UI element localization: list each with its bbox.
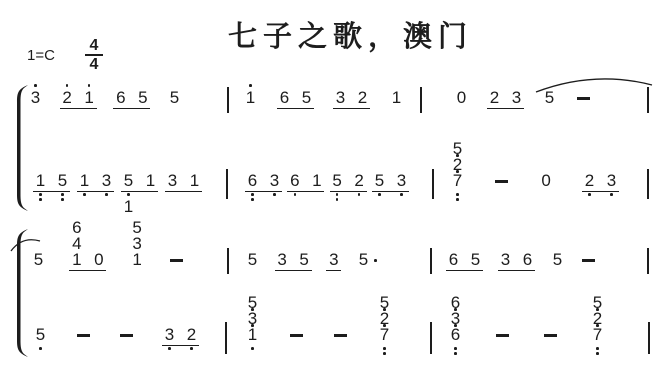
low-octave-dot	[251, 193, 254, 196]
note-digit: 5	[34, 252, 43, 268]
beam-underline	[326, 270, 341, 272]
dash	[577, 97, 590, 100]
note: 5	[35, 327, 46, 343]
note-digit: 1	[146, 173, 155, 189]
note: 5	[332, 173, 343, 189]
low-octave-dot	[596, 352, 599, 355]
note: 2	[354, 173, 365, 189]
low-octave-dot	[596, 324, 599, 327]
beam-underline	[33, 191, 70, 193]
note: 0	[541, 173, 552, 189]
note-digit: 0	[94, 252, 103, 268]
key-signature: 1=C	[27, 47, 55, 64]
page-title: 七子之歌，澳门	[228, 14, 473, 55]
measure: 151351131	[35, 173, 200, 189]
note-digit: 3	[512, 90, 521, 106]
chord-note: 4	[71, 236, 83, 252]
measure: 53535	[247, 252, 369, 268]
chord-note: 3	[247, 311, 259, 327]
chord: 164	[71, 252, 82, 268]
note-digit: 3	[277, 252, 286, 268]
chord-note: 1	[123, 199, 135, 215]
chord-note: 3	[131, 236, 143, 252]
note: 3	[101, 173, 112, 189]
dash	[496, 334, 509, 337]
low-octave-dot	[400, 193, 403, 196]
chord: 752	[592, 327, 603, 343]
high-octave-dot	[249, 84, 252, 87]
note-digit: 3	[397, 173, 406, 189]
note-digit: 5	[170, 90, 179, 106]
note: 6	[522, 252, 533, 268]
note-digit: 7	[453, 173, 462, 189]
note-digit: 6	[116, 90, 125, 106]
chord: 51	[123, 173, 134, 189]
note-digit: 7	[380, 327, 389, 343]
note: 6	[247, 173, 258, 189]
note: 5	[57, 173, 68, 189]
note-digit: 5	[545, 90, 554, 106]
note: 5	[299, 252, 310, 268]
note-group: 15	[35, 173, 68, 189]
barline	[420, 87, 422, 113]
beam-underline	[498, 270, 535, 272]
beam-underline	[113, 108, 150, 110]
dash	[495, 180, 508, 183]
beam-underline	[487, 108, 524, 110]
note: 3	[277, 252, 288, 268]
note-digit: 6	[280, 90, 289, 106]
note-digit: 1	[248, 327, 257, 343]
chord: 153	[247, 327, 258, 343]
note-digit: 6	[290, 173, 299, 189]
low-octave-dot	[105, 193, 108, 196]
note: 3	[30, 90, 41, 106]
note: 2	[357, 90, 368, 106]
note-digit: 5	[138, 90, 147, 106]
low-octave-dot	[454, 347, 457, 350]
low-octave-dot	[383, 324, 386, 327]
measure: 321655	[30, 90, 180, 106]
note: 1	[391, 90, 402, 106]
note-group: 36	[500, 252, 533, 268]
dash	[544, 334, 557, 337]
note-digit: 5	[332, 173, 341, 189]
barline	[430, 322, 432, 354]
note-digit: 3	[607, 173, 616, 189]
measure: 63615253	[247, 173, 407, 189]
low-octave-dot	[61, 193, 64, 196]
beam-underline	[277, 108, 314, 110]
barline	[647, 87, 649, 113]
note-digit: 3	[132, 236, 141, 252]
note-digit: 6	[451, 327, 460, 343]
low-octave-dot	[251, 347, 254, 350]
note-digit: 1	[124, 199, 133, 215]
low-octave-dot	[454, 352, 457, 355]
note: 1	[245, 90, 256, 106]
note-digit: 1	[312, 173, 321, 189]
low-octave-dot	[336, 198, 339, 201]
note-digit: 5	[553, 252, 562, 268]
note: 5	[137, 90, 148, 106]
time-signature-top: 4	[84, 38, 104, 53]
measure: 165321	[245, 90, 402, 106]
low-octave-dot	[588, 193, 591, 196]
note: 5	[169, 90, 180, 106]
note-group: 32	[335, 90, 368, 106]
note-digit: 2	[490, 90, 499, 106]
note-digit: 4	[72, 236, 81, 252]
note: 5	[470, 252, 481, 268]
beam-underline	[446, 270, 483, 272]
note-digit: 5	[375, 173, 384, 189]
note-group: 53	[374, 173, 407, 189]
note-digit: 5	[36, 327, 45, 343]
note-group: 23	[584, 173, 617, 189]
barline	[432, 169, 434, 199]
beam-underline	[165, 191, 202, 193]
chord-note: 2	[592, 311, 604, 327]
chord: 752	[379, 327, 390, 343]
note-group: 3	[328, 252, 339, 268]
dash	[120, 334, 133, 337]
note-group: 31	[167, 173, 200, 189]
note: 5	[358, 252, 369, 268]
note-digit: 0	[457, 90, 466, 106]
barline	[647, 169, 649, 199]
note: 0	[456, 90, 467, 106]
low-octave-dot	[358, 193, 361, 196]
note: 2	[489, 90, 500, 106]
note-digit: 2	[354, 173, 363, 189]
note-digit: 0	[541, 173, 550, 189]
note-digit: 3	[501, 252, 510, 268]
note-digit: 1	[72, 252, 81, 268]
note-digit: 1	[190, 173, 199, 189]
note: 6	[289, 173, 300, 189]
low-octave-dot	[456, 170, 459, 173]
note-group: 65	[448, 252, 481, 268]
note: 5	[247, 252, 258, 268]
note-digit: 6	[248, 173, 257, 189]
note-digit: 6	[449, 252, 458, 268]
note-digit: 3	[165, 327, 174, 343]
note: 1	[79, 173, 90, 189]
note: 3	[500, 252, 511, 268]
note: 6	[448, 252, 459, 268]
dash	[290, 334, 303, 337]
low-octave-dot	[456, 198, 459, 201]
note: 6	[279, 90, 290, 106]
note-digit: 1	[392, 90, 401, 106]
note: 1	[311, 173, 322, 189]
note-group: 35	[277, 252, 310, 268]
barline	[430, 248, 432, 274]
low-octave-dot	[610, 193, 613, 196]
low-octave-dot	[39, 198, 42, 201]
measure: 0235	[456, 90, 590, 106]
beam-underline	[69, 270, 106, 272]
measure: 752023	[452, 173, 617, 189]
note-group: 511	[123, 173, 156, 189]
dash	[170, 259, 183, 262]
dash	[582, 259, 595, 262]
note-digit: 2	[585, 173, 594, 189]
note: 5	[552, 252, 563, 268]
augmentation-dot	[374, 259, 377, 262]
note: 5	[301, 90, 312, 106]
note-digit: 3	[329, 252, 338, 268]
low-octave-dot	[83, 193, 86, 196]
note: 3	[335, 90, 346, 106]
time-signature-bottom: 4	[84, 57, 104, 72]
note-digit: 3	[270, 173, 279, 189]
dash	[334, 334, 347, 337]
note-group: 61	[289, 173, 322, 189]
low-octave-dot	[378, 193, 381, 196]
time-signature: 4 4	[84, 38, 104, 72]
beam-underline	[77, 191, 114, 193]
note-digit: 5	[471, 252, 480, 268]
note: 1	[189, 173, 200, 189]
low-octave-dot	[39, 193, 42, 196]
note: 3	[606, 173, 617, 189]
note-digit: 1	[84, 90, 93, 106]
beam-underline	[245, 191, 282, 193]
beam-underline	[287, 191, 324, 193]
note-group: 32	[164, 327, 197, 343]
note: 6	[115, 90, 126, 106]
low-octave-dot	[251, 324, 254, 327]
low-octave-dot	[383, 347, 386, 350]
note-digit: 3	[168, 173, 177, 189]
beam-underline	[162, 345, 199, 347]
note-digit: 5	[359, 252, 368, 268]
note: 5	[374, 173, 385, 189]
note-digit: 7	[593, 327, 602, 343]
score-line-system-1-bass: 15135113163615253752023	[0, 173, 662, 189]
barline	[227, 87, 229, 113]
note-digit: 1	[246, 90, 255, 106]
chord-note: 3	[450, 311, 462, 327]
low-octave-dot	[127, 193, 130, 196]
note-group: 1640	[71, 252, 104, 268]
note: 3	[328, 252, 339, 268]
note: 1	[145, 173, 156, 189]
note-digit: 1	[80, 173, 89, 189]
measure: 51640153	[33, 252, 183, 268]
note: 1	[84, 90, 95, 106]
note: 3	[164, 327, 175, 343]
low-octave-dot	[251, 198, 254, 201]
measure: 532	[35, 327, 197, 343]
note-digit: 1	[36, 173, 45, 189]
note: 0	[93, 252, 104, 268]
chord-note: 2	[452, 157, 464, 173]
beam-underline	[330, 191, 367, 193]
low-octave-dot	[39, 347, 42, 350]
note-digit: 6	[523, 252, 532, 268]
barline	[226, 169, 228, 199]
beam-underline	[275, 270, 312, 272]
note: 1	[35, 173, 46, 189]
note-digit: 5	[124, 173, 133, 189]
note-group: 21	[62, 90, 95, 106]
chord: 153	[132, 252, 143, 268]
note-group: 65	[115, 90, 148, 106]
barline	[227, 248, 229, 274]
note: 5	[33, 252, 44, 268]
note-group: 13	[79, 173, 112, 189]
measure: 663752	[450, 327, 603, 343]
note-group: 63	[247, 173, 280, 189]
note-digit: 2	[358, 90, 367, 106]
beam-underline	[372, 191, 409, 193]
note: 3	[167, 173, 178, 189]
dash	[77, 334, 90, 337]
low-octave-dot	[596, 347, 599, 350]
note-digit: 1	[132, 252, 141, 268]
low-octave-dot	[168, 347, 171, 350]
note: 3	[269, 173, 280, 189]
low-octave-dot	[273, 193, 276, 196]
barline	[648, 322, 650, 354]
low-octave-dot	[61, 198, 64, 201]
chord: 752	[452, 173, 463, 189]
note-group: 65	[279, 90, 312, 106]
note-digit: 3	[336, 90, 345, 106]
note: 3	[511, 90, 522, 106]
measure: 153752	[247, 327, 390, 343]
note-digit: 5	[302, 90, 311, 106]
score-line-system-1-melody: 3216551653210235	[0, 90, 662, 106]
note-digit: 3	[31, 90, 40, 106]
high-octave-dot	[66, 84, 69, 87]
note-group: 52	[332, 173, 365, 189]
note-group: 23	[489, 90, 522, 106]
barline	[647, 248, 649, 274]
note-digit: 5	[58, 173, 67, 189]
measure: 65365	[448, 252, 595, 268]
score-line-system-2-melody: 516401535353565365	[0, 252, 662, 268]
low-octave-dot	[383, 352, 386, 355]
note: 2	[62, 90, 73, 106]
barline	[225, 322, 227, 354]
note: 2	[584, 173, 595, 189]
high-octave-dot	[88, 84, 91, 87]
chord-note: 2	[378, 311, 390, 327]
note-digit: 5	[299, 252, 308, 268]
note: 3	[396, 173, 407, 189]
high-octave-dot	[34, 84, 37, 87]
note-digit: 2	[187, 327, 196, 343]
low-octave-dot	[336, 193, 339, 196]
score-line-system-2-bass: 532153752663752	[0, 327, 662, 343]
note: 2	[186, 327, 197, 343]
chord: 663	[450, 327, 461, 343]
note: 5	[544, 90, 555, 106]
beam-underline	[60, 108, 97, 110]
low-octave-dot	[456, 193, 459, 196]
beam-underline	[121, 191, 158, 193]
note-digit: 3	[102, 173, 111, 189]
low-octave-dot	[190, 347, 193, 350]
note-digit: 2	[62, 90, 71, 106]
beam-underline	[582, 191, 619, 193]
low-octave-dot	[454, 324, 457, 327]
score-page: 1=C 4 4 七子之歌，澳门 321655165321023515135113…	[0, 0, 662, 366]
beam-underline	[333, 108, 370, 110]
note-digit: 5	[248, 252, 257, 268]
low-octave-dot	[294, 193, 297, 196]
